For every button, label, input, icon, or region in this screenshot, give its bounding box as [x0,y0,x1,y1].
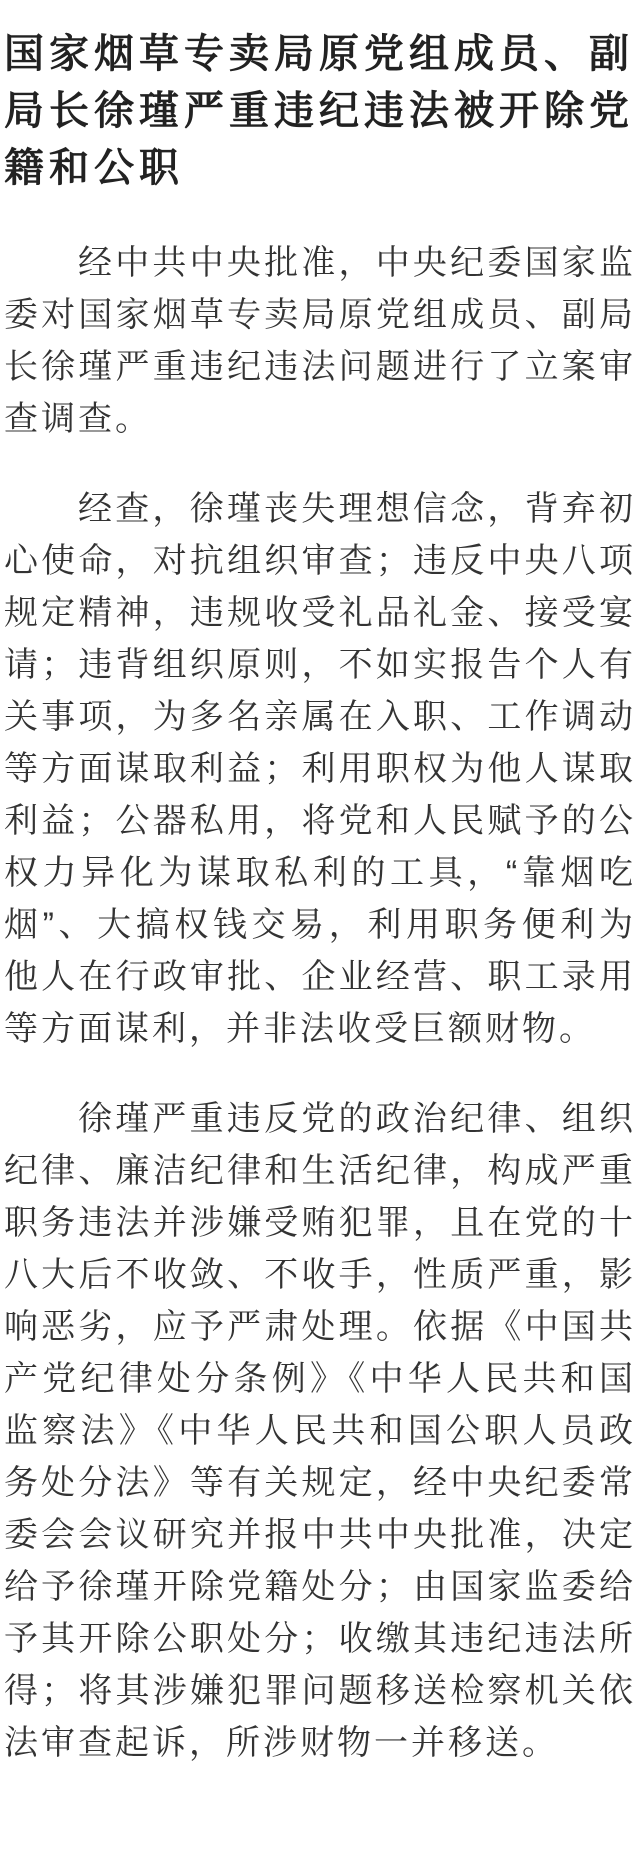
article-body: 国家烟草专卖局原党组成员、副局长徐瑾严重违纪违法被开除党籍和公职 经中共中央批准… [0,0,640,1839]
article-title: 国家烟草专卖局原党组成员、副局长徐瑾严重违纪违法被开除党籍和公职 [4,26,636,197]
article-page: { "article": { "title": "国家烟草专卖局原党组成员、副局… [0,0,640,1839]
article-paragraph-2: 经查，徐瑾丧失理想信念，背弃初心使命，对抗组织审查；违反中央八项规定精神，违规收… [4,483,636,1055]
article-paragraph-1: 经中共中央批准，中央纪委国家监委对国家烟草专卖局原党组成员、副局长徐瑾严重违纪违… [4,237,636,445]
article-paragraph-3: 徐瑾严重违反党的政治纪律、组织纪律、廉洁纪律和生活纪律，构成严重职务违法并涉嫌受… [4,1093,636,1769]
